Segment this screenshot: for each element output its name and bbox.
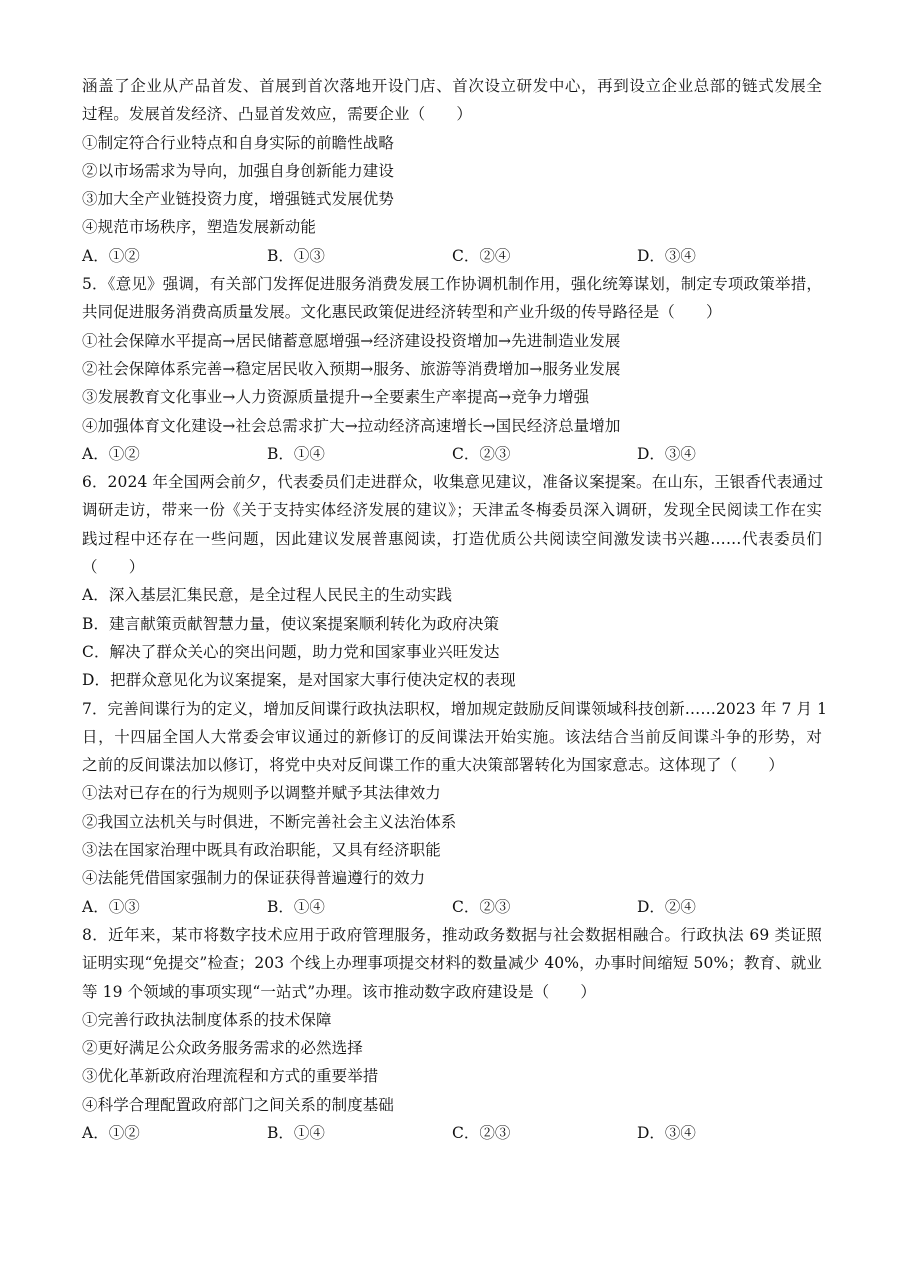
statement: ①制定符合行业特点和自身实际的前瞻性战略 xyxy=(82,129,822,157)
option-c: C．②③ xyxy=(452,893,637,921)
question-stem-line: 证明实现“免提交”检查；203 个线上办理事项提交材料的数量减少 40%，办事时… xyxy=(82,949,822,977)
statement: ④科学合理配置政府部门之间关系的制度基础 xyxy=(82,1091,822,1119)
question-stem-line: 7．完善间谍行为的定义，增加反间谍行政执法职权，增加规定鼓励反间谍领域科技创新…… xyxy=(82,695,822,723)
question-stem-line: 日，十四届全国人大常委会审议通过的新修订的反间谍法开始实施。该法结合当前反间谍斗… xyxy=(82,723,822,751)
option-c: C．②③ xyxy=(452,440,637,468)
statement: ②以市场需求为导向，加强自身创新能力建设 xyxy=(82,157,822,185)
question-5: 5．《意见》强调，有关部门发挥促进服务消费发展工作协调机制作用，强化统筹谋划，制… xyxy=(82,270,822,468)
question-6: 6．2024 年全国两会前夕，代表委员们走进群众，收集意见建议，准备议案提案。在… xyxy=(82,468,822,694)
option-a: A．①② xyxy=(82,440,267,468)
option-b: B．①④ xyxy=(267,1119,452,1147)
statement: ③发展教育文化事业→人力资源质量提升→全要素生产率提高→竞争力增强 xyxy=(82,383,822,411)
option-a: A．①② xyxy=(82,242,267,270)
question-stem-line: 5．《意见》强调，有关部门发挥促进服务消费发展工作协调机制作用，强化统筹谋划，制… xyxy=(82,270,822,298)
statement: ②社会保障体系完善→稳定居民收入预期→服务、旅游等消费增加→服务业发展 xyxy=(82,355,822,383)
answer-options: A．①② B．①③ C．②④ D．③④ xyxy=(82,242,822,270)
question-stem-line: 8．近年来，某市将数字技术应用于政府管理服务，推动政务数据与社会数据相融合。行政… xyxy=(82,921,822,949)
choice-d: D．把群众意见化为议案提案，是对国家大事行使决定权的表现 xyxy=(82,666,822,694)
statement: ③加大全产业链投资力度，增强链式发展优势 xyxy=(82,185,822,213)
answer-options: A．①③ B．①④ C．②③ D．②④ xyxy=(82,893,822,921)
question-stem-line: （ ） xyxy=(82,553,822,581)
option-d: D．②④ xyxy=(637,893,822,921)
question-stem-line: 调研走访，带来一份《关于支持实体经济发展的建议》；天津孟冬梅委员深入调研，发现全… xyxy=(82,496,822,524)
question-stem-line: 6．2024 年全国两会前夕，代表委员们走进群众，收集意见建议，准备议案提案。在… xyxy=(82,468,822,496)
option-b: B．①④ xyxy=(267,440,452,468)
statement: ①法对已存在的行为规则予以调整并赋予其法律效力 xyxy=(82,779,822,807)
statement: ④法能凭借国家强制力的保证获得普遍遵行的效力 xyxy=(82,864,822,892)
question-stem-line: 涵盖了企业从产品首发、首展到首次落地开设门店、首次设立研发中心，再到设立企业总部… xyxy=(82,72,822,100)
statement: ③法在国家治理中既具有政治职能，又具有经济职能 xyxy=(82,836,822,864)
option-a: A．①③ xyxy=(82,893,267,921)
option-b: B．①④ xyxy=(267,893,452,921)
question-8: 8．近年来，某市将数字技术应用于政府管理服务，推动政务数据与社会数据相融合。行政… xyxy=(82,921,822,1147)
statement: ②我国立法机关与时俱进，不断完善社会主义法治体系 xyxy=(82,808,822,836)
question-4: 涵盖了企业从产品首发、首展到首次落地开设门店、首次设立研发中心，再到设立企业总部… xyxy=(82,72,822,270)
question-stem-line: 等 19 个领域的事项实现“一站式”办理。该市推动数字政府建设是（ ） xyxy=(82,978,822,1006)
question-stem-line: 共同促进服务消费高质量发展。文化惠民政策促进经济转型和产业升级的传导路径是（ ） xyxy=(82,298,822,326)
question-stem-line: 过程。发展首发经济、凸显首发效应，需要企业（ ） xyxy=(82,100,822,128)
option-c: C．②③ xyxy=(452,1119,637,1147)
statement: ②更好满足公众政务服务需求的必然选择 xyxy=(82,1034,822,1062)
exam-page: 涵盖了企业从产品首发、首展到首次落地开设门店、首次设立研发中心，再到设立企业总部… xyxy=(82,72,822,1147)
question-7: 7．完善间谍行为的定义，增加反间谍行政执法职权，增加规定鼓励反间谍领域科技创新…… xyxy=(82,695,822,921)
answer-options: A．①② B．①④ C．②③ D．③④ xyxy=(82,440,822,468)
statement: ①社会保障水平提高→居民储蓄意愿增强→经济建设投资增加→先进制造业发展 xyxy=(82,327,822,355)
option-a: A．①② xyxy=(82,1119,267,1147)
statement: ④规范市场秩序，塑造发展新动能 xyxy=(82,213,822,241)
choice-a: A．深入基层汇集民意，是全过程人民民主的生动实践 xyxy=(82,581,822,609)
statement: ③优化革新政府治理流程和方式的重要举措 xyxy=(82,1062,822,1090)
statement: ④加强体育文化建设→社会总需求扩大→拉动经济高速增长→国民经济总量增加 xyxy=(82,412,822,440)
answer-options: A．①② B．①④ C．②③ D．③④ xyxy=(82,1119,822,1147)
question-stem-line: 之前的反间谍法加以修订，将党中央对反间谍工作的重大决策部署转化为国家意志。这体现… xyxy=(82,751,822,779)
question-stem-line: 践过程中还存在一些问题，因此建议发展普惠阅读，打造优质公共阅读空间激发读书兴趣…… xyxy=(82,525,822,553)
statement: ①完善行政执法制度体系的技术保障 xyxy=(82,1006,822,1034)
option-d: D．③④ xyxy=(637,440,822,468)
choice-b: B．建言献策贡献智慧力量，使议案提案顺利转化为政府决策 xyxy=(82,610,822,638)
option-b: B．①③ xyxy=(267,242,452,270)
option-c: C．②④ xyxy=(452,242,637,270)
choice-c: C．解决了群众关心的突出问题，助力党和国家事业兴旺发达 xyxy=(82,638,822,666)
option-d: D．③④ xyxy=(637,242,822,270)
option-d: D．③④ xyxy=(637,1119,822,1147)
